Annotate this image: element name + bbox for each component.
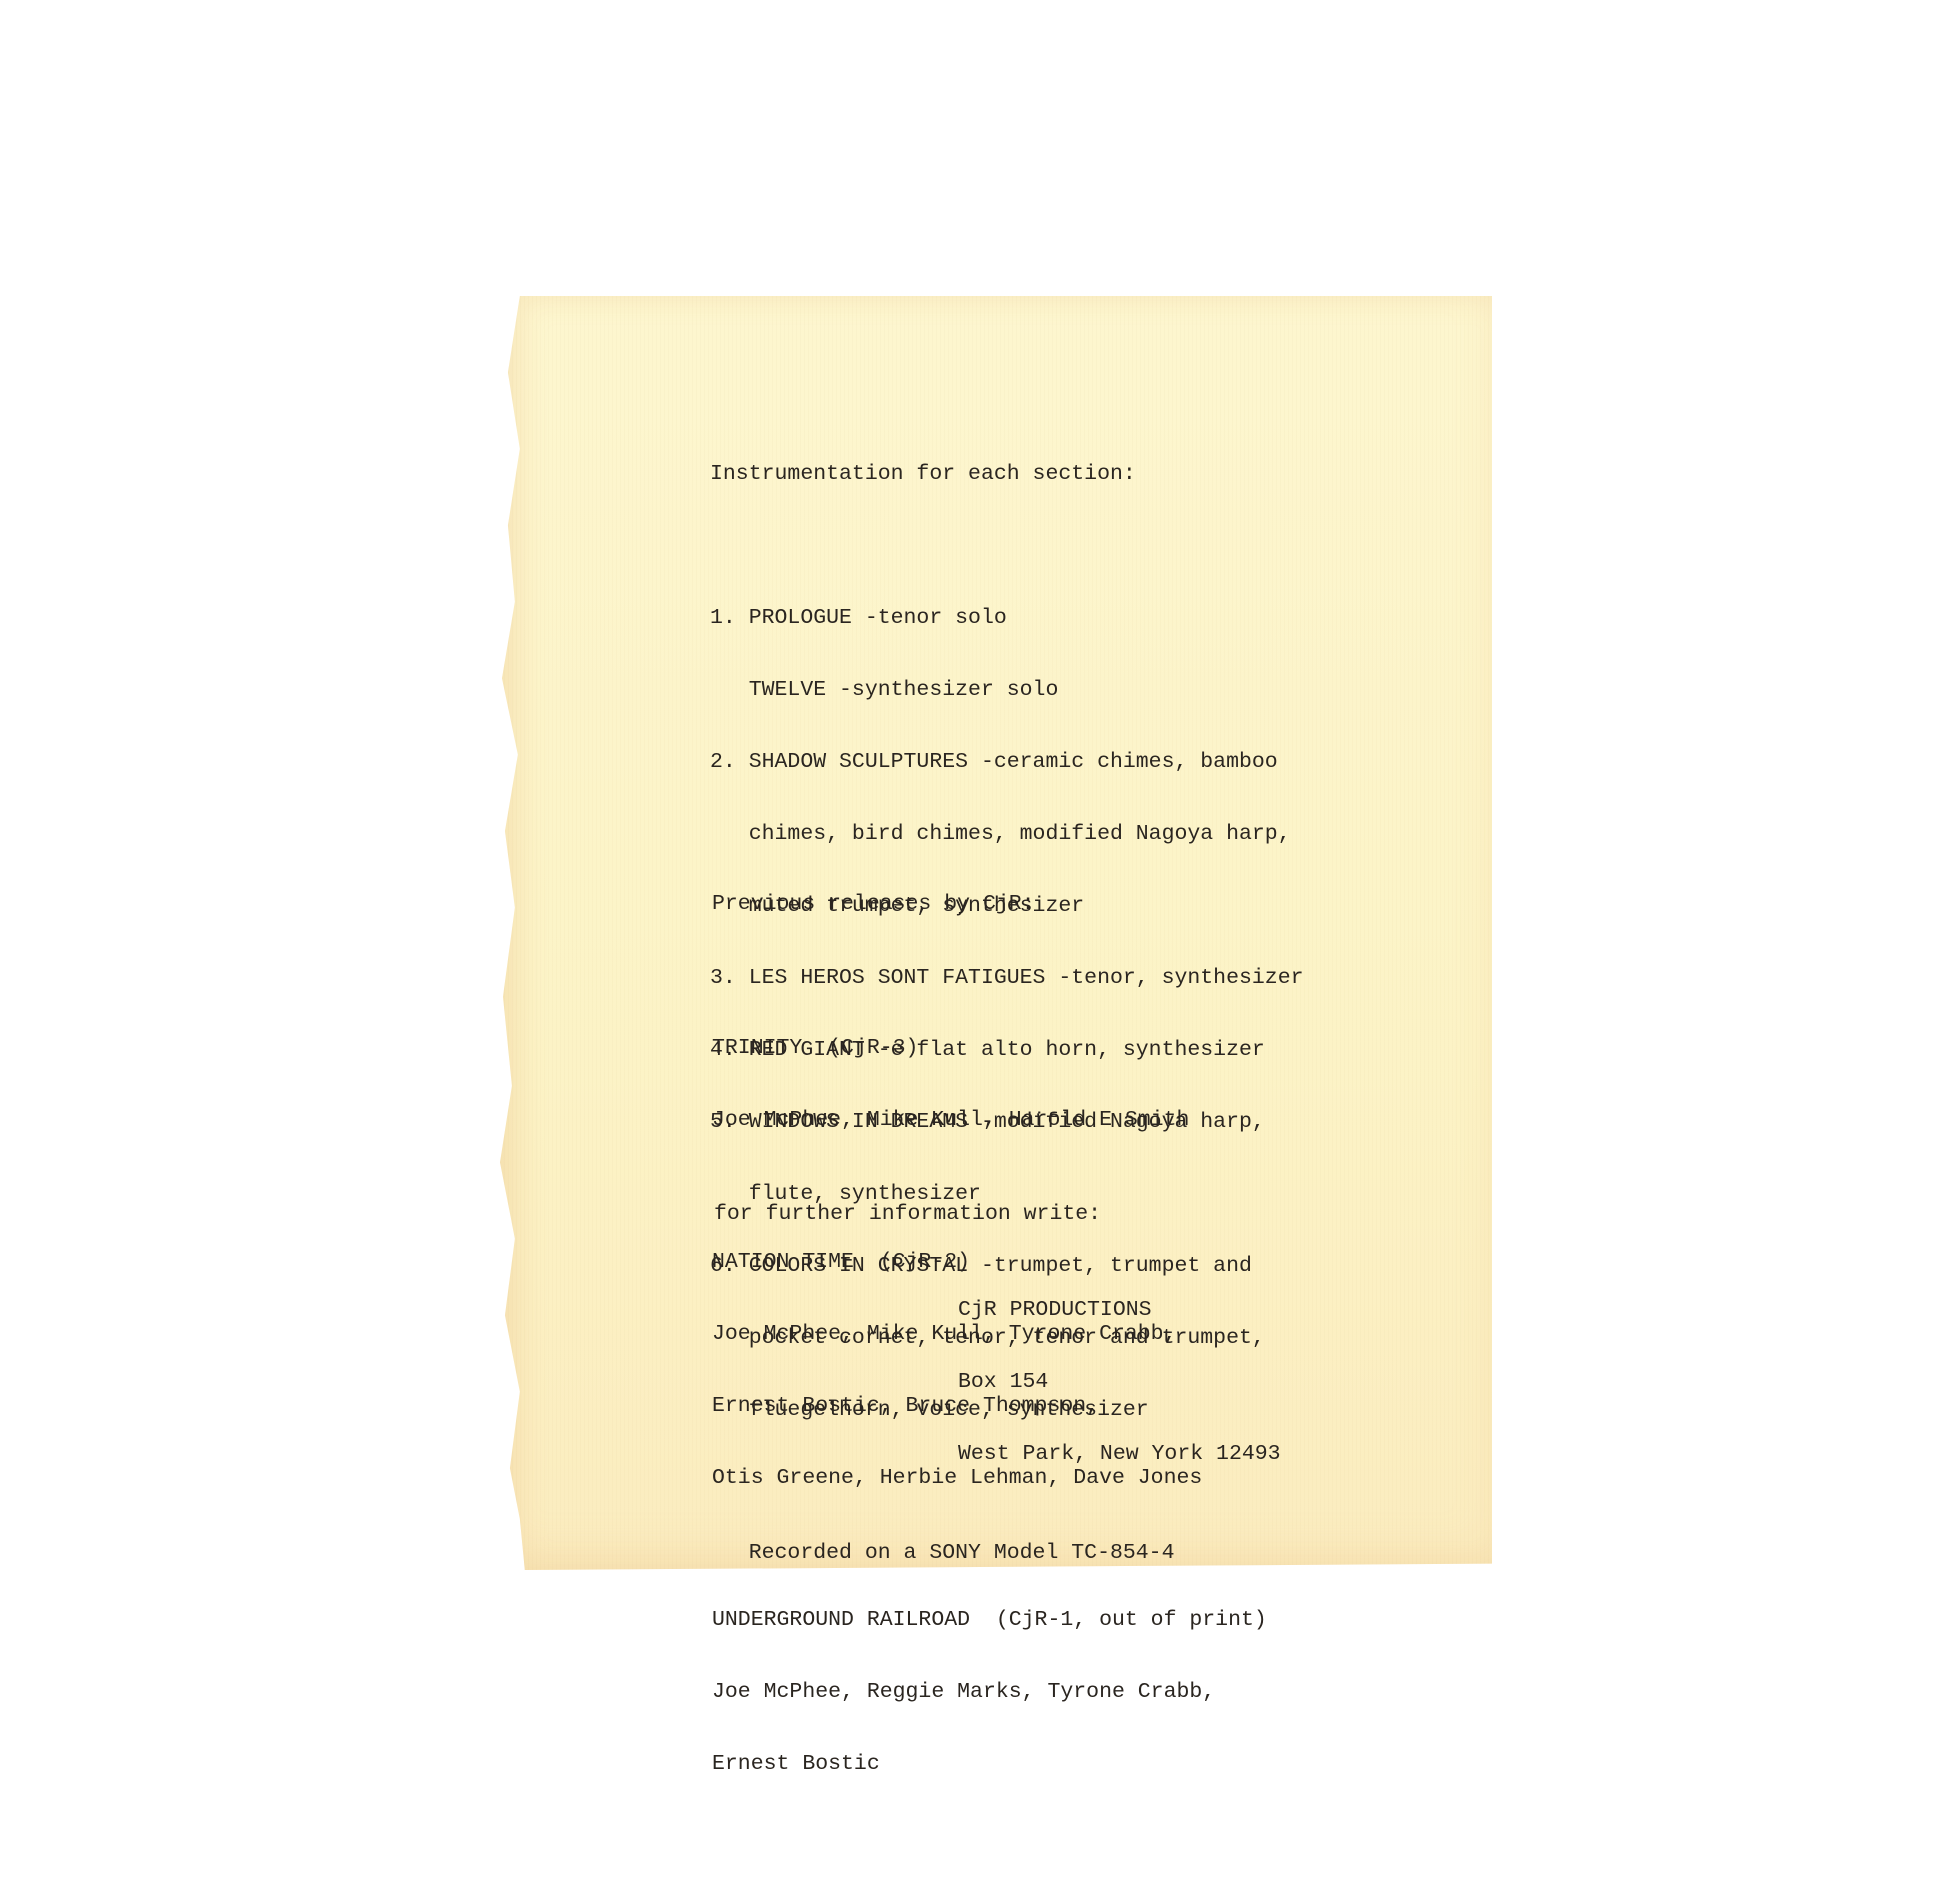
instrumentation-heading: Instrumentation for each section: bbox=[710, 462, 1304, 486]
contact-heading: for further information write: bbox=[714, 1202, 1101, 1226]
release-personnel: Joe McPhee, Mike Kull, Harold E Smith bbox=[712, 1108, 1267, 1132]
release-title: UNDERGROUND RAILROAD (CjR-1, out of prin… bbox=[712, 1608, 1267, 1632]
release-personnel: Ernest Bostic bbox=[712, 1752, 1267, 1776]
instrument-line: 2. SHADOW SCULPTURES -ceramic chimes, ba… bbox=[710, 750, 1304, 774]
release-title: TRINITY (CjR-3) bbox=[712, 1036, 1267, 1060]
release-personnel: Joe McPhee, Reggie Marks, Tyrone Crabb, bbox=[712, 1680, 1267, 1704]
instrument-line: chimes, bird chimes, modified Nagoya har… bbox=[710, 822, 1304, 846]
instrument-line: 1. PROLOGUE -tenor solo bbox=[710, 606, 1304, 630]
address-line: CjR PRODUCTIONS bbox=[958, 1298, 1281, 1322]
previous-heading: Previous releases by CjR: bbox=[712, 892, 1267, 916]
address-line: Box 154 bbox=[958, 1370, 1281, 1394]
address-line: West Park, New York 12493 bbox=[958, 1442, 1281, 1466]
instrument-line: TWELVE -synthesizer solo bbox=[710, 678, 1304, 702]
contact-address: CjR PRODUCTIONS Box 154 West Park, New Y… bbox=[958, 1250, 1281, 1490]
